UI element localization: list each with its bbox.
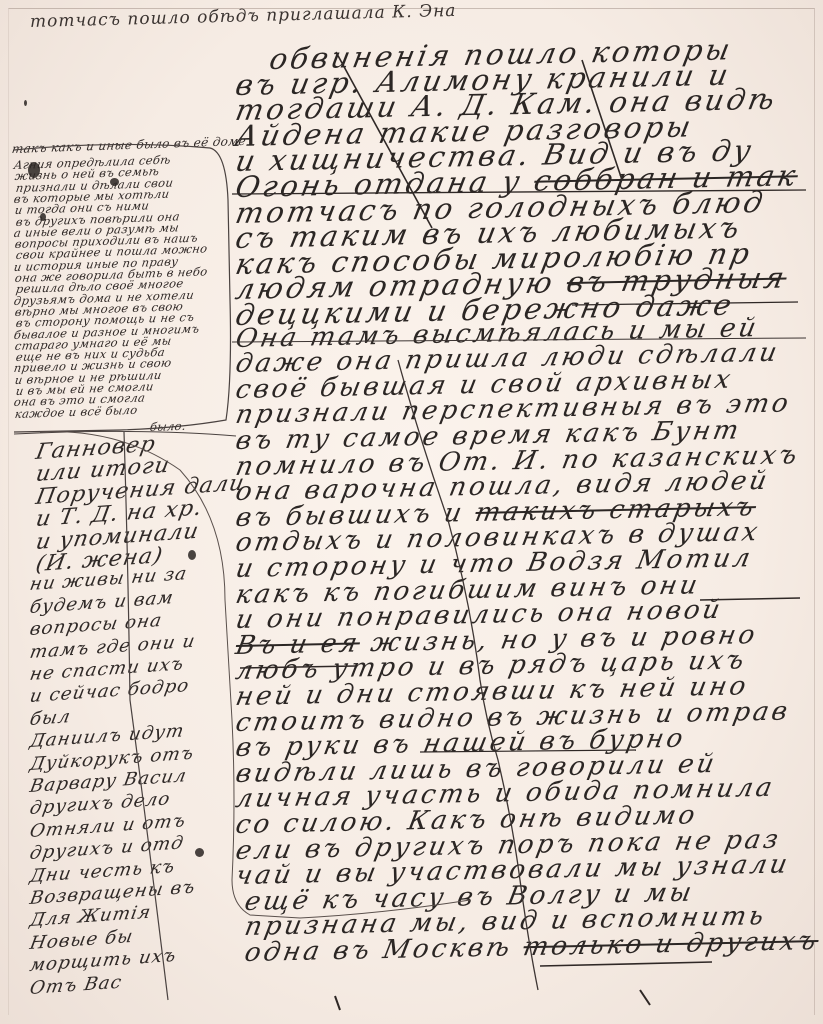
manuscript-page: тотчасъ пошло обѣдъ приглашала К. Эна та… [0,0,823,1024]
ink-blot [188,550,196,560]
left-column-line: был [28,706,72,730]
ink-blot [28,162,40,178]
ink-blot [40,213,46,221]
struck-text: только и другихъ [521,926,822,962]
ink-blot [24,100,27,106]
ink-blot [110,178,119,186]
ink-blot [195,848,204,857]
